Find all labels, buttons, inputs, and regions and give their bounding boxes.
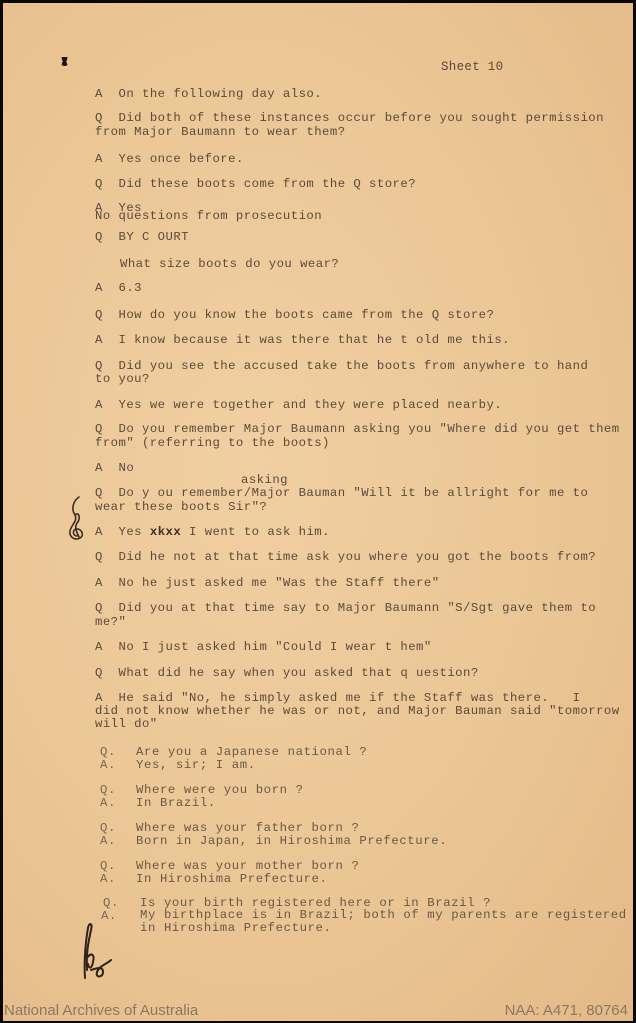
struck-out-text: xkxx	[150, 525, 181, 539]
transcript-line: A Yes xkxx I went to ask him.	[95, 525, 330, 540]
a-label: A.	[100, 835, 116, 848]
transcript-line: A On the following day also.	[95, 87, 322, 102]
interrogation-answer: Yes, sir; I am.	[136, 759, 256, 772]
transcript-line-cont: me?"	[95, 615, 126, 630]
transcript-line: A No he just asked me "Was the Staff the…	[95, 576, 440, 591]
a-label: A.	[100, 759, 116, 772]
interrogation-answer: In Hiroshima Prefecture.	[136, 873, 328, 886]
transcript-line: Q Did you see the accused take the boots…	[95, 359, 588, 374]
handwritten-initial-mark	[65, 495, 91, 543]
a-label: A.	[100, 873, 116, 886]
transcript-line-cont: from Major Baumann to wear them?	[95, 125, 346, 140]
handwritten-signature	[75, 920, 115, 982]
interrogation-answer-cont: in Hiroshima Prefecture.	[140, 922, 332, 935]
transcript-line: A Yes once before.	[95, 152, 244, 167]
archive-reference: NAA: A471, 80764	[505, 1002, 628, 1019]
punch-hole-mark	[61, 57, 68, 66]
sheet-number: Sheet 10	[441, 60, 503, 74]
transcript-line-cont: from" (referring to the boots)	[95, 436, 330, 451]
transcript-line: Q Did you at that time say to Major Baum…	[95, 601, 596, 616]
a-label: A.	[100, 797, 116, 810]
transcript-line: Q Do y ou remember/Major Bauman "Will it…	[95, 486, 588, 501]
transcript-line-cont: did not know whether he was or not, and …	[95, 704, 620, 719]
transcript-line: A 6.3	[95, 281, 142, 296]
interrogation-answer: In Brazil.	[136, 797, 216, 810]
transcript-line-cont: will do"	[95, 717, 158, 732]
transcript-line: What size boots do you wear?	[120, 257, 339, 272]
transcript-line: Q Did he not at that time ask you where …	[95, 550, 596, 565]
transcript-line: Q Did both of these instances occur befo…	[95, 111, 604, 126]
transcript-line: A I know because it was there that he t …	[95, 333, 510, 348]
transcript-line: A No	[95, 461, 134, 476]
prosecution-note: No questions from prosecution	[95, 209, 322, 224]
transcript-line: A No I just asked him "Could I wear t he…	[95, 640, 432, 655]
transcript-line: Q BY C OURT	[95, 230, 189, 245]
archive-name: National Archives of Australia	[4, 1002, 198, 1019]
transcript-line: Q What did he say when you asked that q …	[95, 666, 479, 681]
interrogation-answer: Born in Japan, in Hiroshima Prefecture.	[136, 835, 447, 848]
transcript-line-cont: wear these boots Sir"?	[95, 500, 267, 515]
transcript-line: Q Do you remember Major Baumann asking y…	[95, 422, 620, 437]
document-page: Sheet 10 A On the following day also. Q …	[3, 3, 633, 1021]
transcript-line-cont: to you?	[95, 372, 150, 387]
transcript-line: A Yes we were together and they were pla…	[95, 398, 502, 413]
transcript-line: Q Did these boots come from the Q store?	[95, 177, 416, 192]
transcript-line: Q How do you know the boots came from th…	[95, 308, 494, 323]
